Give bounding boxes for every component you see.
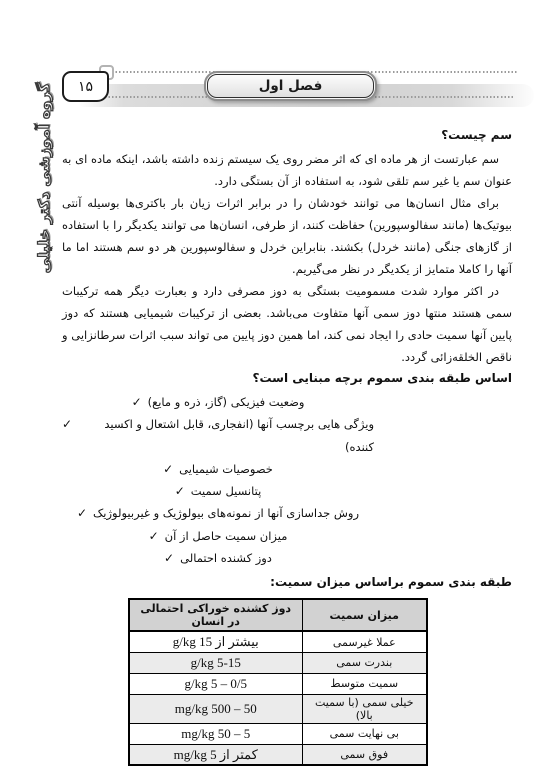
check-icon: ✓ bbox=[132, 391, 142, 413]
checklist-item-label: پتانسیل سمیت bbox=[191, 480, 262, 502]
table-row: سمیت متوسط 0/5 – 5 g/kg bbox=[129, 673, 427, 694]
checklist-item-label: دوز کشنده احتمالی bbox=[180, 547, 272, 569]
table-row: بی نهایت سمی 5 – 50 mg/kg bbox=[129, 723, 427, 744]
checklist-item: ✓ دوز کشنده احتمالی bbox=[62, 547, 374, 569]
checklist-item: ✓ میزان سمیت حاصل از آن bbox=[62, 525, 374, 547]
lethal-dose-cell: کمتر از 5 mg/kg bbox=[129, 744, 302, 765]
toxicity-level-cell: سمیت متوسط bbox=[302, 673, 427, 694]
table-row: خیلی سمی (با سمیت بالا) 50 – 500 mg/kg bbox=[129, 694, 427, 723]
body-paragraph: سم عبارتست از هر ماده ای که اثر مضر روی … bbox=[62, 148, 512, 192]
watermark-text: گروه آموزشی دکتر خلیلی bbox=[35, 83, 53, 274]
table-header-dose: دوز کشنده خوراکی احتمالی در انسان bbox=[129, 599, 302, 631]
toxicity-table: میزان سمیت دوز کشنده خوراکی احتمالی در ا… bbox=[128, 598, 428, 766]
lethal-dose-cell: 5 – 50 mg/kg bbox=[129, 723, 302, 744]
chapter-title: فصل اول bbox=[207, 74, 374, 98]
chapter-title-box: فصل اول bbox=[204, 71, 377, 101]
checklist-item: ✓ خصوصیات شیمیایی bbox=[62, 458, 374, 480]
toxicity-level-cell: فوق سمی bbox=[302, 744, 427, 765]
checklist-item: ✓ وضعیت فیزیکی (گاز، ذره و مایع) bbox=[62, 391, 374, 413]
checklist-item-label: روش جداسازی آنها از نمونه‌های بیولوژیک و… bbox=[93, 502, 359, 524]
classification-checklist: ✓ وضعیت فیزیکی (گاز، ذره و مایع) ✓ ویژگی… bbox=[62, 391, 374, 569]
body-paragraph: در اکثر موارد شدت مسمومیت بستگی به دوز م… bbox=[62, 280, 512, 368]
check-icon: ✓ bbox=[149, 525, 159, 547]
checklist-item-label: ویژگی هایی برچسب آنها (انفجاری، قابل اشت… bbox=[78, 413, 374, 458]
page-number: ۱۵ bbox=[62, 71, 109, 102]
checklist-item: ✓ پتانسیل سمیت bbox=[62, 480, 374, 502]
table-row: فوق سمی کمتر از 5 mg/kg bbox=[129, 744, 427, 765]
table-heading: طبقه بندی سموم براساس میزان سمیت: bbox=[62, 572, 512, 592]
body-paragraph: برای مثال انسان‌ها می توانند خودشان را د… bbox=[62, 192, 512, 280]
check-icon: ✓ bbox=[164, 547, 174, 569]
lethal-dose-cell: بیشتر از 15 g/kg bbox=[129, 631, 302, 652]
toxicity-level-cell: بندرت سمی bbox=[302, 652, 427, 673]
toxicity-level-cell: بی نهایت سمی bbox=[302, 723, 427, 744]
check-icon: ✓ bbox=[62, 413, 72, 435]
page-number-badge: ۱۵ bbox=[62, 69, 114, 104]
book-page: ۱۵ فصل اول گروه آموزشی دکتر خلیلی سم چیس… bbox=[0, 0, 540, 768]
lethal-dose-cell: 50 – 500 mg/kg bbox=[129, 694, 302, 723]
table-row: عملا غیرسمی بیشتر از 15 g/kg bbox=[129, 631, 427, 652]
checklist-item-label: خصوصیات شیمیایی bbox=[179, 458, 273, 480]
check-icon: ✓ bbox=[175, 480, 185, 502]
question-heading-classification-basis: اساس طبقه بندی سموم برچه مبنایی است؟ bbox=[62, 368, 512, 388]
page-content: سم چیست؟ سم عبارتست از هر ماده ای که اثر… bbox=[62, 125, 512, 766]
table-row: بندرت سمی 5-15 g/kg bbox=[129, 652, 427, 673]
check-icon: ✓ bbox=[163, 458, 173, 480]
lethal-dose-cell: 5-15 g/kg bbox=[129, 652, 302, 673]
checklist-item: ✓ ویژگی هایی برچسب آنها (انفجاری، قابل ا… bbox=[62, 413, 374, 458]
checklist-item-label: میزان سمیت حاصل از آن bbox=[165, 525, 288, 547]
toxicity-level-cell: خیلی سمی (با سمیت بالا) bbox=[302, 694, 427, 723]
question-heading-what-is-poison: سم چیست؟ bbox=[62, 125, 512, 145]
check-icon: ✓ bbox=[77, 502, 87, 524]
checklist-item-label: وضعیت فیزیکی (گاز، ذره و مایع) bbox=[148, 391, 305, 413]
table-header-row: میزان سمیت دوز کشنده خوراکی احتمالی در ا… bbox=[129, 599, 427, 631]
table-header-level: میزان سمیت bbox=[302, 599, 427, 631]
toxicity-level-cell: عملا غیرسمی bbox=[302, 631, 427, 652]
checklist-item: ✓ روش جداسازی آنها از نمونه‌های بیولوژیک… bbox=[62, 502, 374, 524]
lethal-dose-cell: 0/5 – 5 g/kg bbox=[129, 673, 302, 694]
